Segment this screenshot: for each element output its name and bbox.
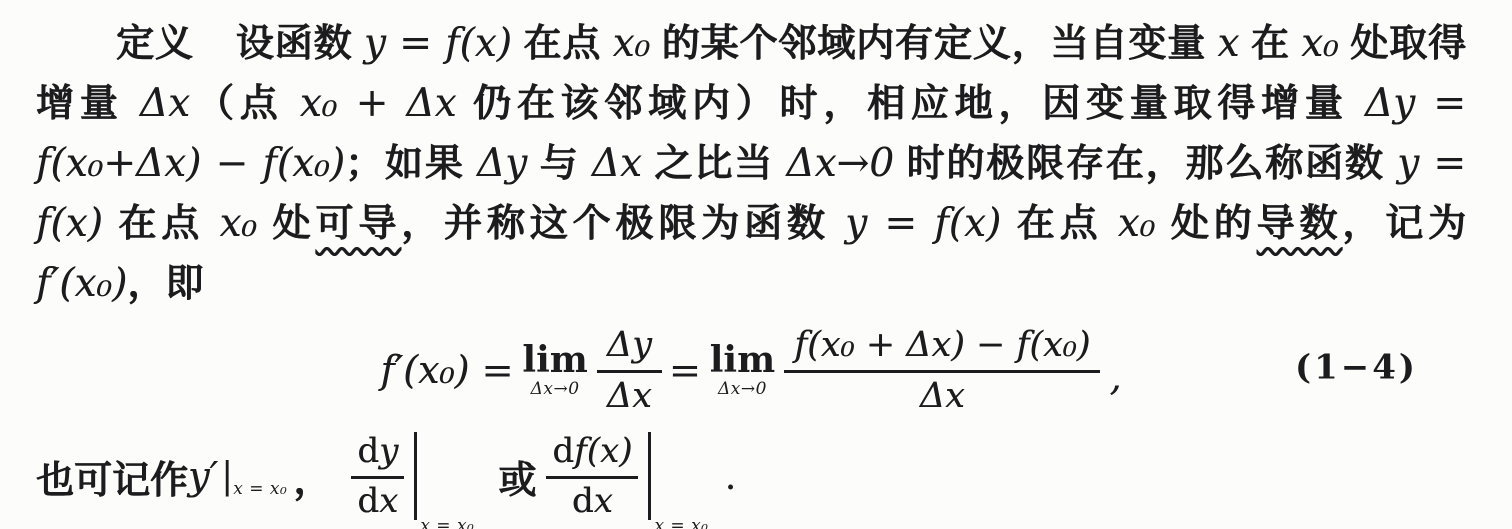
math-run: Δy	[477, 141, 527, 186]
math-run: Δx→0	[786, 141, 894, 186]
text-run: ，并称这个极限为函数	[401, 203, 845, 245]
math-run: Δx	[140, 81, 190, 126]
dy-dx-evaluation: dy dx x = x₀	[351, 432, 474, 520]
math-run: y = f(x)	[364, 21, 512, 66]
fraction-numerator: Δy	[597, 325, 662, 373]
math-run: f(x₀+Δx) − f(x₀)	[36, 141, 345, 186]
fraction-numerator: dy	[351, 432, 404, 479]
definition-line-3: f(x₀+Δx) − f(x₀)；如果 Δy 与 Δx 之比当 Δx→0 时的极…	[36, 134, 1466, 194]
math-run: x₀	[613, 21, 651, 66]
keyword-differentiable: 可导	[315, 203, 401, 245]
text-run: 增量	[36, 83, 140, 125]
alternative-notation-line: 也可记作 y′ | x = x₀ ， dy dx x = x₀ 或 df(x) …	[36, 426, 1466, 526]
text-run: 在	[1239, 23, 1301, 65]
text-run: 处取得	[1339, 23, 1466, 65]
sentence-period: .	[724, 454, 736, 498]
text-run: 时的极限存在，那么称函数	[894, 143, 1397, 185]
definition-line-5: f′(x₀)，即	[36, 254, 1466, 314]
text-run: 之比当	[642, 143, 786, 185]
text-run: 在点	[103, 203, 220, 245]
fraction-dy-dx: Δy Δx	[597, 325, 662, 415]
equation-number: (1−4)	[1295, 348, 1418, 388]
math-run: x₀	[1301, 21, 1339, 66]
text-run: 在点	[512, 23, 613, 65]
text-run: 与	[527, 143, 592, 185]
definition-line-4: f(x) 在点 x₀ 处可导，并称这个极限为函数 y = f(x) 在点 x₀ …	[36, 194, 1466, 254]
definition-term: 定义	[116, 23, 236, 65]
evaluation-bar-inline: |	[221, 456, 233, 497]
math-run: x	[379, 481, 398, 521]
math-run: f′(x₀)	[36, 261, 127, 306]
fraction-difference-quotient: f(x₀ + Δx) − f(x₀) Δx	[784, 325, 1100, 415]
fraction-denominator: dx	[351, 479, 404, 520]
fraction-denominator: Δx	[920, 373, 965, 415]
text-run: 设函数	[236, 23, 364, 65]
evaluation-bar	[648, 432, 651, 520]
equation-lhs: f′(x₀) =	[380, 348, 513, 392]
lim-subscript: Δx→0	[718, 381, 767, 398]
text-run: ，记为	[1342, 203, 1466, 245]
lim-subscript: Δx→0	[531, 381, 580, 398]
math-run: Δy =	[1365, 81, 1466, 126]
df-dx-evaluation: df(x) dx x = x₀	[546, 432, 708, 520]
fraction-denominator: dx	[566, 479, 619, 520]
math-run: x₀ + Δx	[300, 81, 457, 126]
text-run: 也可记作	[36, 449, 188, 504]
differential-d: d	[552, 431, 574, 471]
math-run: x	[1217, 21, 1239, 66]
text-run: 在点	[1001, 203, 1118, 245]
text-run: 的某个邻域内有定义，当自变量	[650, 23, 1217, 65]
evaluation-subscript: x = x₀	[420, 516, 474, 529]
limit-operator: lim Δx→0	[710, 342, 775, 398]
text-run: ，即	[127, 263, 203, 305]
math-run: Δx	[592, 141, 642, 186]
evaluation-subscript: x = x₀	[233, 479, 287, 499]
equals-sign: =	[669, 348, 701, 392]
text-run: ，	[293, 449, 331, 504]
lim-symbol: lim	[710, 342, 775, 378]
math-run: f(x)	[574, 431, 632, 471]
definition-line-2: 增量 Δx（点 x₀ + Δx 仍在该邻域内）时，相应地，因变量取得增量 Δy …	[36, 74, 1466, 134]
differential-d: d	[572, 481, 594, 521]
math-run: x	[594, 481, 613, 521]
math-run: x₀	[219, 201, 257, 246]
derivative-limit-equation: f′(x₀) = lim Δx→0 Δy Δx = lim Δx→0 f(x₀ …	[380, 325, 1121, 415]
math-run: x₀	[1118, 201, 1156, 246]
text-run: 处	[257, 203, 315, 245]
fraction-numerator: f(x₀ + Δx) − f(x₀)	[784, 325, 1100, 373]
fraction-df-dx: df(x) dx	[546, 432, 638, 519]
text-run: 处的	[1155, 203, 1256, 245]
y-prime-notation: y′	[188, 454, 218, 498]
evaluation-bar	[414, 432, 417, 520]
display-equation-row: f′(x₀) = lim Δx→0 Δy Δx = lim Δx→0 f(x₀ …	[36, 314, 1466, 426]
textbook-page: 定义设函数 y = f(x) 在点 x₀ 的某个邻域内有定义，当自变量 x 在 …	[0, 0, 1512, 529]
fraction-numerator: df(x)	[546, 432, 638, 479]
differential-d: d	[357, 481, 379, 521]
math-run: f(x)	[36, 201, 103, 246]
evaluation-subscript: x = x₀	[654, 516, 708, 529]
text-run-or: 或	[498, 449, 536, 504]
differential-d: d	[357, 431, 379, 471]
text-run: ；如果	[345, 143, 477, 185]
equation-comma: ,	[1109, 355, 1121, 399]
math-run: y =	[1397, 141, 1466, 186]
text-run: 仍在该邻域内）时，相应地，因变量取得增量	[457, 83, 1365, 125]
fraction-dy-dx: dy dx	[351, 432, 404, 519]
math-run: y	[379, 431, 398, 471]
math-run: y = f(x)	[845, 201, 1001, 246]
limit-operator: lim Δx→0	[522, 342, 587, 398]
fraction-denominator: Δx	[607, 373, 652, 415]
keyword-derivative: 导数	[1257, 203, 1343, 245]
lim-symbol: lim	[522, 342, 587, 378]
definition-line-1: 定义设函数 y = f(x) 在点 x₀ 的某个邻域内有定义，当自变量 x 在 …	[36, 14, 1466, 74]
text-run: （点	[190, 83, 300, 125]
